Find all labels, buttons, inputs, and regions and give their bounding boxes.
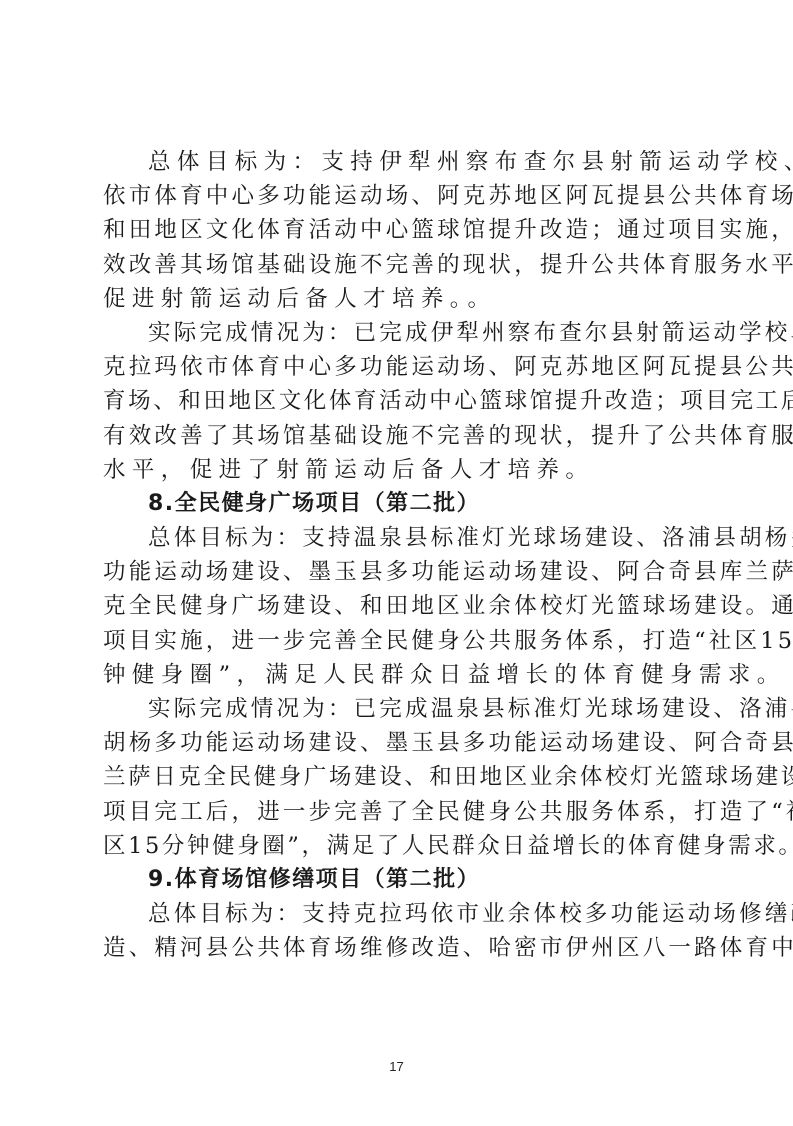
text-line: 有效改善了其场馆基础设施不完善的现状，提升了公共体育服务 — [103, 419, 695, 453]
text-line: 水平，促进了射箭运动后备人才培养。 — [103, 453, 695, 487]
text-line: 项目完工后，进一步完善了全民健身公共服务体系，打造了“社 — [103, 795, 695, 829]
text-line: 总体目标为：支持伊犁州察布查尔县射箭运动学校、克拉玛 — [103, 145, 695, 179]
text-line: 促进射箭运动后备人才培养。。 — [103, 282, 695, 316]
text-line: 总体目标为：支持温泉县标准灯光球场建设、洛浦县胡杨多 — [103, 521, 695, 555]
section-heading-project9: 9.体育场馆修缮项目（第二批） — [103, 863, 695, 897]
paragraph-project8-actual-completion: 实际完成情况为：已完成温泉县标准灯光球场建设、洛浦县 胡杨多功能运动场建设、墨玉… — [103, 692, 695, 863]
text-line: 实际完成情况为：已完成伊犁州察布查尔县射箭运动学校、 — [103, 316, 695, 350]
paragraph-project7-overall-goal: 总体目标为：支持伊犁州察布查尔县射箭运动学校、克拉玛 依市体育中心多功能运动场、… — [103, 145, 695, 316]
text-line: 项目实施，进一步完善全民健身公共服务体系，打造“社区15分 — [103, 624, 695, 658]
paragraph-project7-actual-completion: 实际完成情况为：已完成伊犁州察布查尔县射箭运动学校、 克拉玛依市体育中心多功能运… — [103, 316, 695, 487]
paragraph-project9-overall-goal: 总体目标为：支持克拉玛依市业余体校多功能运动场修缮改 造、精河县公共体育场维修改… — [103, 897, 695, 965]
text-line: 总体目标为：支持克拉玛依市业余体校多功能运动场修缮改 — [103, 897, 695, 931]
text-line: 效改善其场馆基础设施不完善的现状，提升公共体育服务水平， — [103, 248, 695, 282]
document-page: 总体目标为：支持伊犁州察布查尔县射箭运动学校、克拉玛 依市体育中心多功能运动场、… — [103, 145, 695, 966]
text-line: 钟健身圈”，满足人民群众日益增长的体育健身需求。 — [103, 658, 695, 692]
text-line: 兰萨日克全民健身广场建设、和田地区业余体校灯光篮球场建设； — [103, 760, 695, 794]
text-line: 育场、和田地区文化体育活动中心篮球馆提升改造；项目完工后， — [103, 384, 695, 418]
text-line: 功能运动场建设、墨玉县多功能运动场建设、阿合奇县库兰萨日 — [103, 555, 695, 589]
text-line: 克拉玛依市体育中心多功能运动场、阿克苏地区阿瓦提县公共体 — [103, 350, 695, 384]
section-heading-project8: 8.全民健身广场项目（第二批） — [103, 487, 695, 521]
text-line: 胡杨多功能运动场建设、墨玉县多功能运动场建设、阿合奇县库 — [103, 726, 695, 760]
text-line: 实际完成情况为：已完成温泉县标准灯光球场建设、洛浦县 — [103, 692, 695, 726]
text-line: 依市体育中心多功能运动场、阿克苏地区阿瓦提县公共体育场、 — [103, 179, 695, 213]
text-line: 和田地区文化体育活动中心篮球馆提升改造；通过项目实施，有 — [103, 213, 695, 247]
text-line: 造、精河县公共体育场维修改造、哈密市伊州区八一路体育中心 — [103, 931, 695, 965]
text-line: 克全民健身广场建设、和田地区业余体校灯光篮球场建设。通过 — [103, 589, 695, 623]
paragraph-project8-overall-goal: 总体目标为：支持温泉县标准灯光球场建设、洛浦县胡杨多 功能运动场建设、墨玉县多功… — [103, 521, 695, 692]
text-line: 区15分钟健身圈”，满足了人民群众日益增长的体育健身需求。 — [103, 829, 695, 863]
page-number: 17 — [0, 1059, 793, 1074]
